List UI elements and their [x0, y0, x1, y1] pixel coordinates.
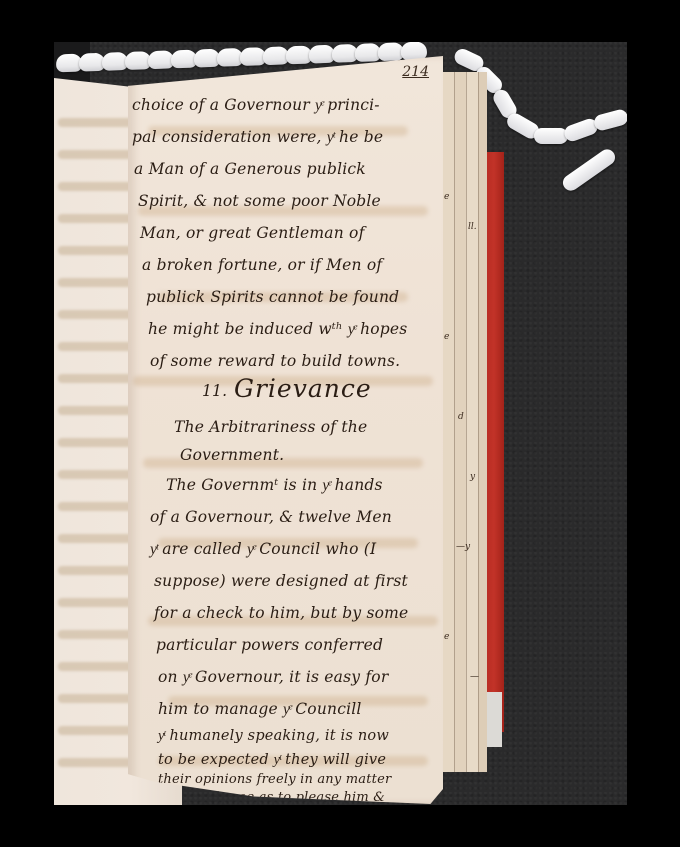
manuscript-line: on yͤ Governour, it is easy for — [158, 668, 388, 687]
manuscript-line: particular powers conferred — [156, 636, 383, 654]
manuscript-line: The Governmᵗ is in yͤ hands — [166, 476, 383, 495]
manuscript-line: pal consideration were, yͭ he be — [132, 128, 383, 147]
manuscript-line: their opinions freely in any matter — [158, 772, 391, 787]
folio-number: 214 — [402, 64, 429, 80]
section-subtitle: The Arbitrariness of the — [174, 418, 367, 436]
manuscript-line: but onely soe as to please him & — [164, 790, 385, 805]
section-subtitle: Government. — [180, 446, 284, 464]
manuscript-line: Spirit, & not some poor Noble — [138, 192, 381, 210]
elastic-band-end — [593, 108, 627, 132]
section-number: 11. — [202, 382, 227, 400]
elastic-band-loose-end — [560, 146, 618, 194]
section-heading: Grievance — [234, 374, 372, 403]
manuscript-line: Man, or great Gentleman of — [140, 224, 365, 242]
manuscript-line: he might be induced wᵗʰ yͤ hopes — [148, 320, 407, 339]
manuscript-line: publick Spirits cannot be found — [146, 288, 399, 306]
manuscript-line: yͭ are called yͤ Council who (I — [150, 540, 376, 559]
manuscript-line: of a Governour, & twelve Men — [150, 508, 392, 526]
manuscript-line: choice of a Governour yͤ princi- — [132, 96, 380, 115]
manuscript-line: suppose) were designed at first — [154, 572, 408, 590]
manuscript-line: of some reward to build towns. — [150, 352, 400, 370]
manuscript-line: yͭ humanely speaking, it is now — [158, 728, 389, 745]
page-edges: e ll. e d y —y e — — [440, 72, 492, 772]
manuscript-line: a broken fortune, or if Men of — [142, 256, 382, 274]
manuscript-photo: e ll. e d y —y e — 214 choice of a Gover… — [54, 42, 627, 805]
manuscript-line: him to manage yͤ Councill — [158, 700, 362, 719]
manuscript-page: 214 choice of a Governour yͤ princi- pal… — [128, 56, 443, 804]
manuscript-line: to be expected yͭ they will give — [158, 752, 386, 769]
manuscript-line: a Man of a Generous publick — [134, 160, 366, 178]
manuscript-line: for a check to him, but by some — [154, 604, 408, 622]
